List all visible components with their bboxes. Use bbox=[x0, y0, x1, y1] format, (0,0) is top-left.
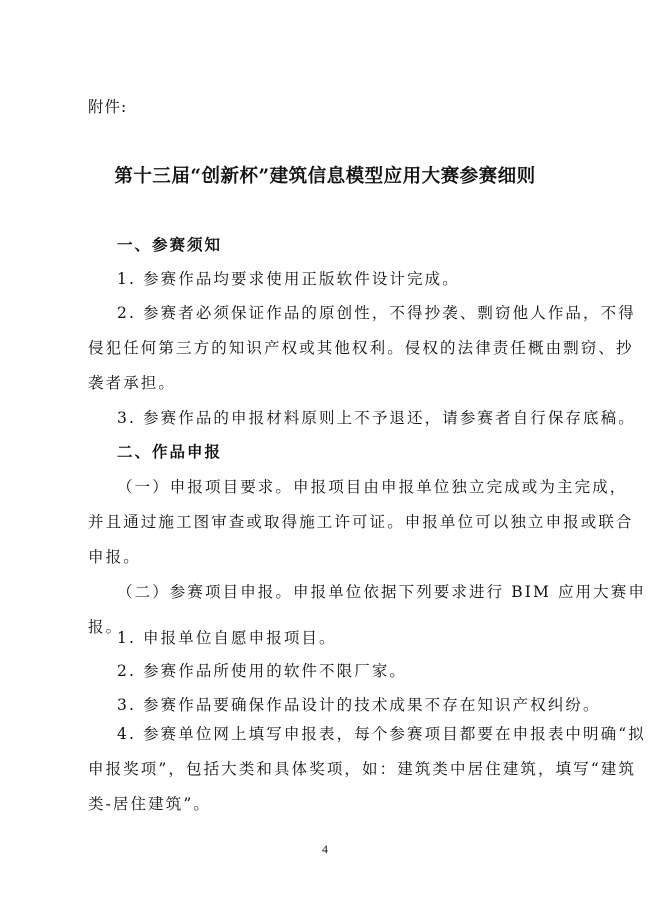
paragraph-line: 申报奖项”，包括大类和具体奖项，如：建筑类中居住建筑，填写“建筑 bbox=[88, 757, 636, 779]
paragraph-line: （二）参赛项目申报。申报单位依据下列要求进行 BIM 应用大赛申 bbox=[117, 580, 646, 602]
section-heading-1: 一、参赛须知 bbox=[117, 233, 222, 255]
paragraph-line: 申报。 bbox=[88, 545, 141, 567]
document-page: 附件: 第十三届“创新杯”建筑信息模型应用大赛参赛细则 一、参赛须知 1. 参赛… bbox=[0, 0, 650, 919]
paragraph-line: （一）申报项目要求。申报项目由申报单位独立完成或为主完成， bbox=[117, 475, 627, 497]
paragraph-line: 3. 参赛作品的申报材料原则上不予退还，请参赛者自行保存底稿。 bbox=[117, 406, 636, 428]
paragraph-line: 4. 参赛单位网上填写申报表，每个参赛项目都要在申报表中明确“拟 bbox=[117, 722, 646, 744]
page-number: 4 bbox=[0, 842, 650, 857]
paragraph-line: 1. 参赛作品均要求使用正版软件设计完成。 bbox=[117, 267, 460, 289]
paragraph-line: 3. 参赛作品要确保作品设计的技术成果不存在知识产权纠纷。 bbox=[117, 693, 601, 715]
paragraph-line: 类-居住建筑”。 bbox=[88, 792, 211, 814]
section-heading-2: 二、作品申报 bbox=[117, 440, 222, 462]
paragraph-line: 1. 申报单位自愿申报项目。 bbox=[117, 626, 337, 648]
paragraph-line: 袭者承担。 bbox=[88, 371, 176, 393]
paragraph-line: 2. 参赛者必须保证作品的原创性，不得抄袭、剽窃他人作品，不得 bbox=[117, 301, 636, 323]
paragraph-line: 侵犯任何第三方的知识产权或其他权利。侵权的法律责任概由剽窃、抄 bbox=[88, 336, 634, 358]
attachment-label: 附件: bbox=[88, 95, 127, 117]
paragraph-line: 并且通过施工图审查或取得施工许可证。申报单位可以独立申报或联合 bbox=[88, 510, 634, 532]
paragraph-line: 2. 参赛作品所使用的软件不限厂家。 bbox=[117, 659, 407, 681]
document-title: 第十三届“创新杯”建筑信息模型应用大赛参赛细则 bbox=[0, 162, 650, 188]
